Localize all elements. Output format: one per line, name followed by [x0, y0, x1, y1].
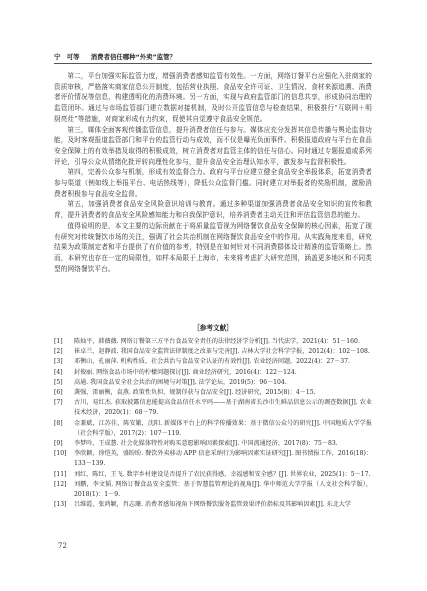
- reference-item: [4]封俊丽. 网络食品市场中的柠檬问题探讨[J]. 商业经济研究，2016(4…: [54, 368, 372, 378]
- reference-text: 李欣颖，徐恺英，盛盼盼. 餐饮外卖移动 APP 信息采纳行为影响因素实证研究[J…: [74, 449, 372, 469]
- reference-number: [13]: [54, 500, 74, 510]
- page-number: 72: [58, 542, 67, 550]
- reference-number: [9]: [54, 439, 74, 449]
- reference-text: 邓衡山，孔丽萍. 机构性质、社会共治与食品安全认证的有效性[J]. 农业经济问题…: [74, 357, 372, 367]
- reference-item: [10]李欣颖，徐恺英，盛盼盼. 餐饮外卖移动 APP 信息采纳行为影响因素实证…: [54, 449, 372, 469]
- reference-item: [3]邓衡山，孔丽萍. 机构性质、社会共治与食品安全认证的有效性[J]. 农业经…: [54, 357, 372, 367]
- reference-number: [3]: [54, 357, 74, 367]
- reference-number: [7]: [54, 398, 74, 418]
- header-author: 宁 可等: [54, 53, 80, 61]
- reference-text: 金兼斌，江苏佳，陈安繁，沈阳. 新媒体平台上的科学传播效果：基于微信公众号的研究…: [74, 419, 372, 439]
- reference-number: [8]: [54, 419, 74, 439]
- body-text: 第二，平台加强实际监管力度，增强消费者感知监管有效性。一方面，网络订餐平台应强化…: [54, 71, 372, 274]
- reference-text: 刘鹏，李文韬. 网络订餐食品安全监管：基于智慧监管理论的视角[J]. 华中师范大…: [74, 480, 372, 500]
- reference-item: [9]李梦吟，王成慧. 社会化媒体特性对购买意愿影响因素探索[J]. 中国流通经…: [54, 439, 372, 449]
- reference-text: 高通. 我国食品安全社会共治的困境与对策[J]. 法学论坛，2019(5)：96…: [74, 378, 372, 388]
- paragraph: 第四，完善公众参与机制，形成有效监督合力。政府与平台应建立健全食品安全举报体系，…: [54, 167, 372, 199]
- reference-item: [7]古川，易红杰. 获取披露信息能提高食品信任水平吗——基于湖南省长沙市生鲜品…: [54, 398, 372, 418]
- header-title: 消费者信任哪种“外卖”监管？: [91, 53, 176, 61]
- reference-item: [13]吕维霞，张鸿颖，肖志珊. 消费者感知视角下网络餐饮服务监管效果评价指标及…: [54, 500, 372, 510]
- reference-number: [2]: [54, 347, 74, 357]
- reference-item: [5]高通. 我国食品安全社会共治的困境与对策[J]. 法学论坛，2019(5)…: [54, 378, 372, 388]
- reference-number: [4]: [54, 368, 74, 378]
- reference-item: [2]崔卓兰，赵静波. 我国食品安全监管法律制度之改革与完善[J]. 吉林大学社…: [54, 347, 372, 357]
- reference-text: 崔卓兰，赵静波. 我国食品安全监管法律制度之改革与完善[J]. 吉林大学社会科学…: [74, 347, 372, 357]
- reference-text: 吕维霞，张鸿颖，肖志珊. 消费者感知视角下网络餐饮服务监管效果评价指标及其影响因…: [74, 500, 372, 510]
- running-header: 宁 可等 消费者信任哪种“外卖”监管？: [54, 52, 372, 64]
- reference-item: [12]刘鹏，李文韬. 网络订餐食品安全监管：基于智慧监管理论的视角[J]. 华…: [54, 480, 372, 500]
- paragraph: 第三，媒体全面客观传播监管信息，提升消费者信任与参与。媒体应充分发挥其信息传播与…: [54, 125, 372, 168]
- reference-text: 古川，易红杰. 获取披露信息能提高食品信任水平吗——基于湖南省长沙市生鲜品信息公…: [74, 398, 372, 418]
- reference-list: [1]陈灿平，韩薇薇. 网络订餐第三方平台食品安全责任的法律经济学分析[J]. …: [54, 337, 372, 510]
- references-heading: ［参考文献］: [54, 322, 372, 332]
- paragraph: 值得说明的是，本文主要的边际贡献在于将质量监管视为网络餐饮食品安全保障的核心因素…: [54, 221, 372, 275]
- reference-text: 龚强，雷丽衡，袁燕. 政策性负担、规制俘获与食品安全[J]. 经济研究，2015…: [74, 388, 372, 398]
- reference-item: [8]金兼斌，江苏佳，陈安繁，沈阳. 新媒体平台上的科学传播效果：基于微信公众号…: [54, 419, 372, 439]
- reference-text: 封俊丽. 网络食品市场中的柠檬问题探讨[J]. 商业经济研究，2016(4)：1…: [74, 368, 372, 378]
- paragraph: 第五，加强消费者食品安全风险意识培训与教育。通过多种渠道加强消费者食品安全知识的…: [54, 199, 372, 220]
- reference-number: [10]: [54, 449, 74, 469]
- reference-number: [11]: [54, 470, 74, 480]
- paragraph: 第二，平台加强实际监管力度，增强消费者感知监管有效性。一方面，网络订餐平台应强化…: [54, 71, 372, 125]
- reference-item: [6]龚强，雷丽衡，袁燕. 政策性负担、规制俘获与食品安全[J]. 经济研究，2…: [54, 388, 372, 398]
- reference-item: [11]刘红，陈红，王飞. 数字乡村建设是否提升了农民获得感、幸福感和安全感？[…: [54, 470, 372, 480]
- reference-number: [12]: [54, 480, 74, 500]
- reference-text: 陈灿平，韩薇薇. 网络订餐第三方平台食品安全责任的法律经济学分析[J]. 当代法…: [74, 337, 372, 347]
- reference-text: 刘红，陈红，王飞. 数字乡村建设是否提升了农民获得感、幸福感和安全感？[J]. …: [74, 470, 372, 480]
- reference-number: [6]: [54, 388, 74, 398]
- reference-text: 李梦吟，王成慧. 社会化媒体特性对购买意愿影响因素探索[J]. 中国流通经济，2…: [74, 439, 372, 449]
- reference-item: [1]陈灿平，韩薇薇. 网络订餐第三方平台食品安全责任的法律经济学分析[J]. …: [54, 337, 372, 347]
- reference-number: [5]: [54, 378, 74, 388]
- reference-number: [1]: [54, 337, 74, 347]
